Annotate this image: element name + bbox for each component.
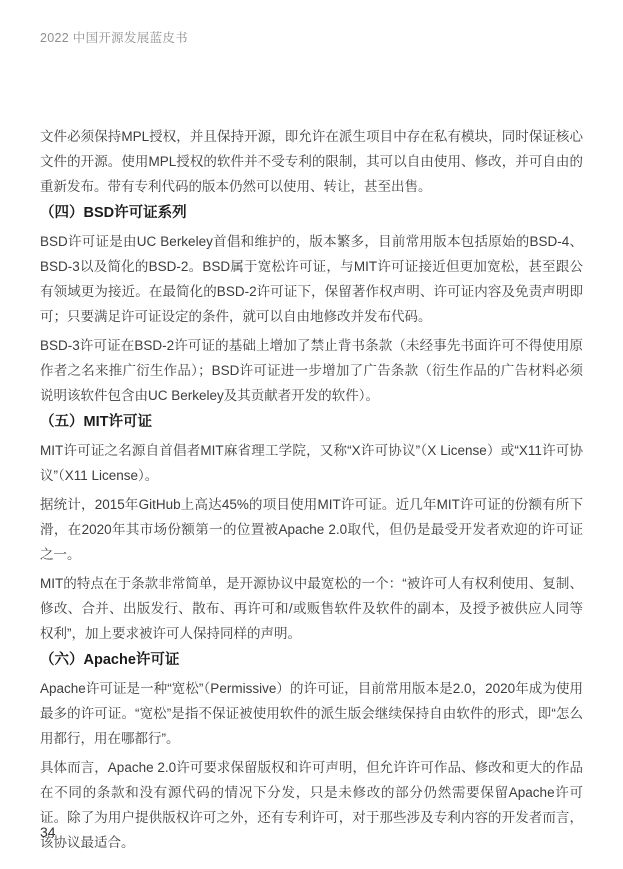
- body-paragraph: MIT的特点在于条款非常简单，是开源协议中最宽松的一个：“被许可人有权利使用、复…: [40, 571, 583, 646]
- body-paragraph: BSD许可证是由UC Berkeley首倡和维护的，版本繁多，目前常用版本包括原…: [40, 229, 583, 329]
- page-number: 34: [40, 823, 56, 841]
- section-heading-mit: （五）MIT许可证: [40, 412, 583, 432]
- document-page: 2022 中国开源发展蓝皮书 文件必须保持MPL授权，并且保持开源，即允许在派生…: [0, 0, 623, 869]
- section-heading-bsd: （四）BSD许可证系列: [40, 203, 583, 223]
- body-paragraph: MIT许可证之名源自首倡者MIT麻省理工学院，又称“X许可协议”（X Licen…: [40, 438, 583, 488]
- document-body: 文件必须保持MPL授权，并且保持开源，即允许在派生项目中存在私有模块，同时保证核…: [40, 124, 583, 855]
- section-heading-apache: （六）Apache许可证: [40, 650, 583, 670]
- body-paragraph: 据统计，2015年GitHub上高达45%的项目使用MIT许可证。近几年MIT许…: [40, 492, 583, 567]
- page-header: 2022 中国开源发展蓝皮书: [40, 30, 583, 47]
- body-paragraph: 文件必须保持MPL授权，并且保持开源，即允许在派生项目中存在私有模块，同时保证核…: [40, 124, 583, 199]
- body-paragraph: BSD-3许可证在BSD-2许可证的基础上增加了禁止背书条款（未经事先书面许可不…: [40, 333, 583, 408]
- body-paragraph: 具体而言，Apache 2.0许可要求保留版权和许可声明，但允许许可作品、修改和…: [40, 755, 583, 855]
- header-title: 2022 中国开源发展蓝皮书: [40, 31, 188, 45]
- body-paragraph: Apache许可证是一种“宽松”（Permissive）的许可证，目前常用版本是…: [40, 676, 583, 751]
